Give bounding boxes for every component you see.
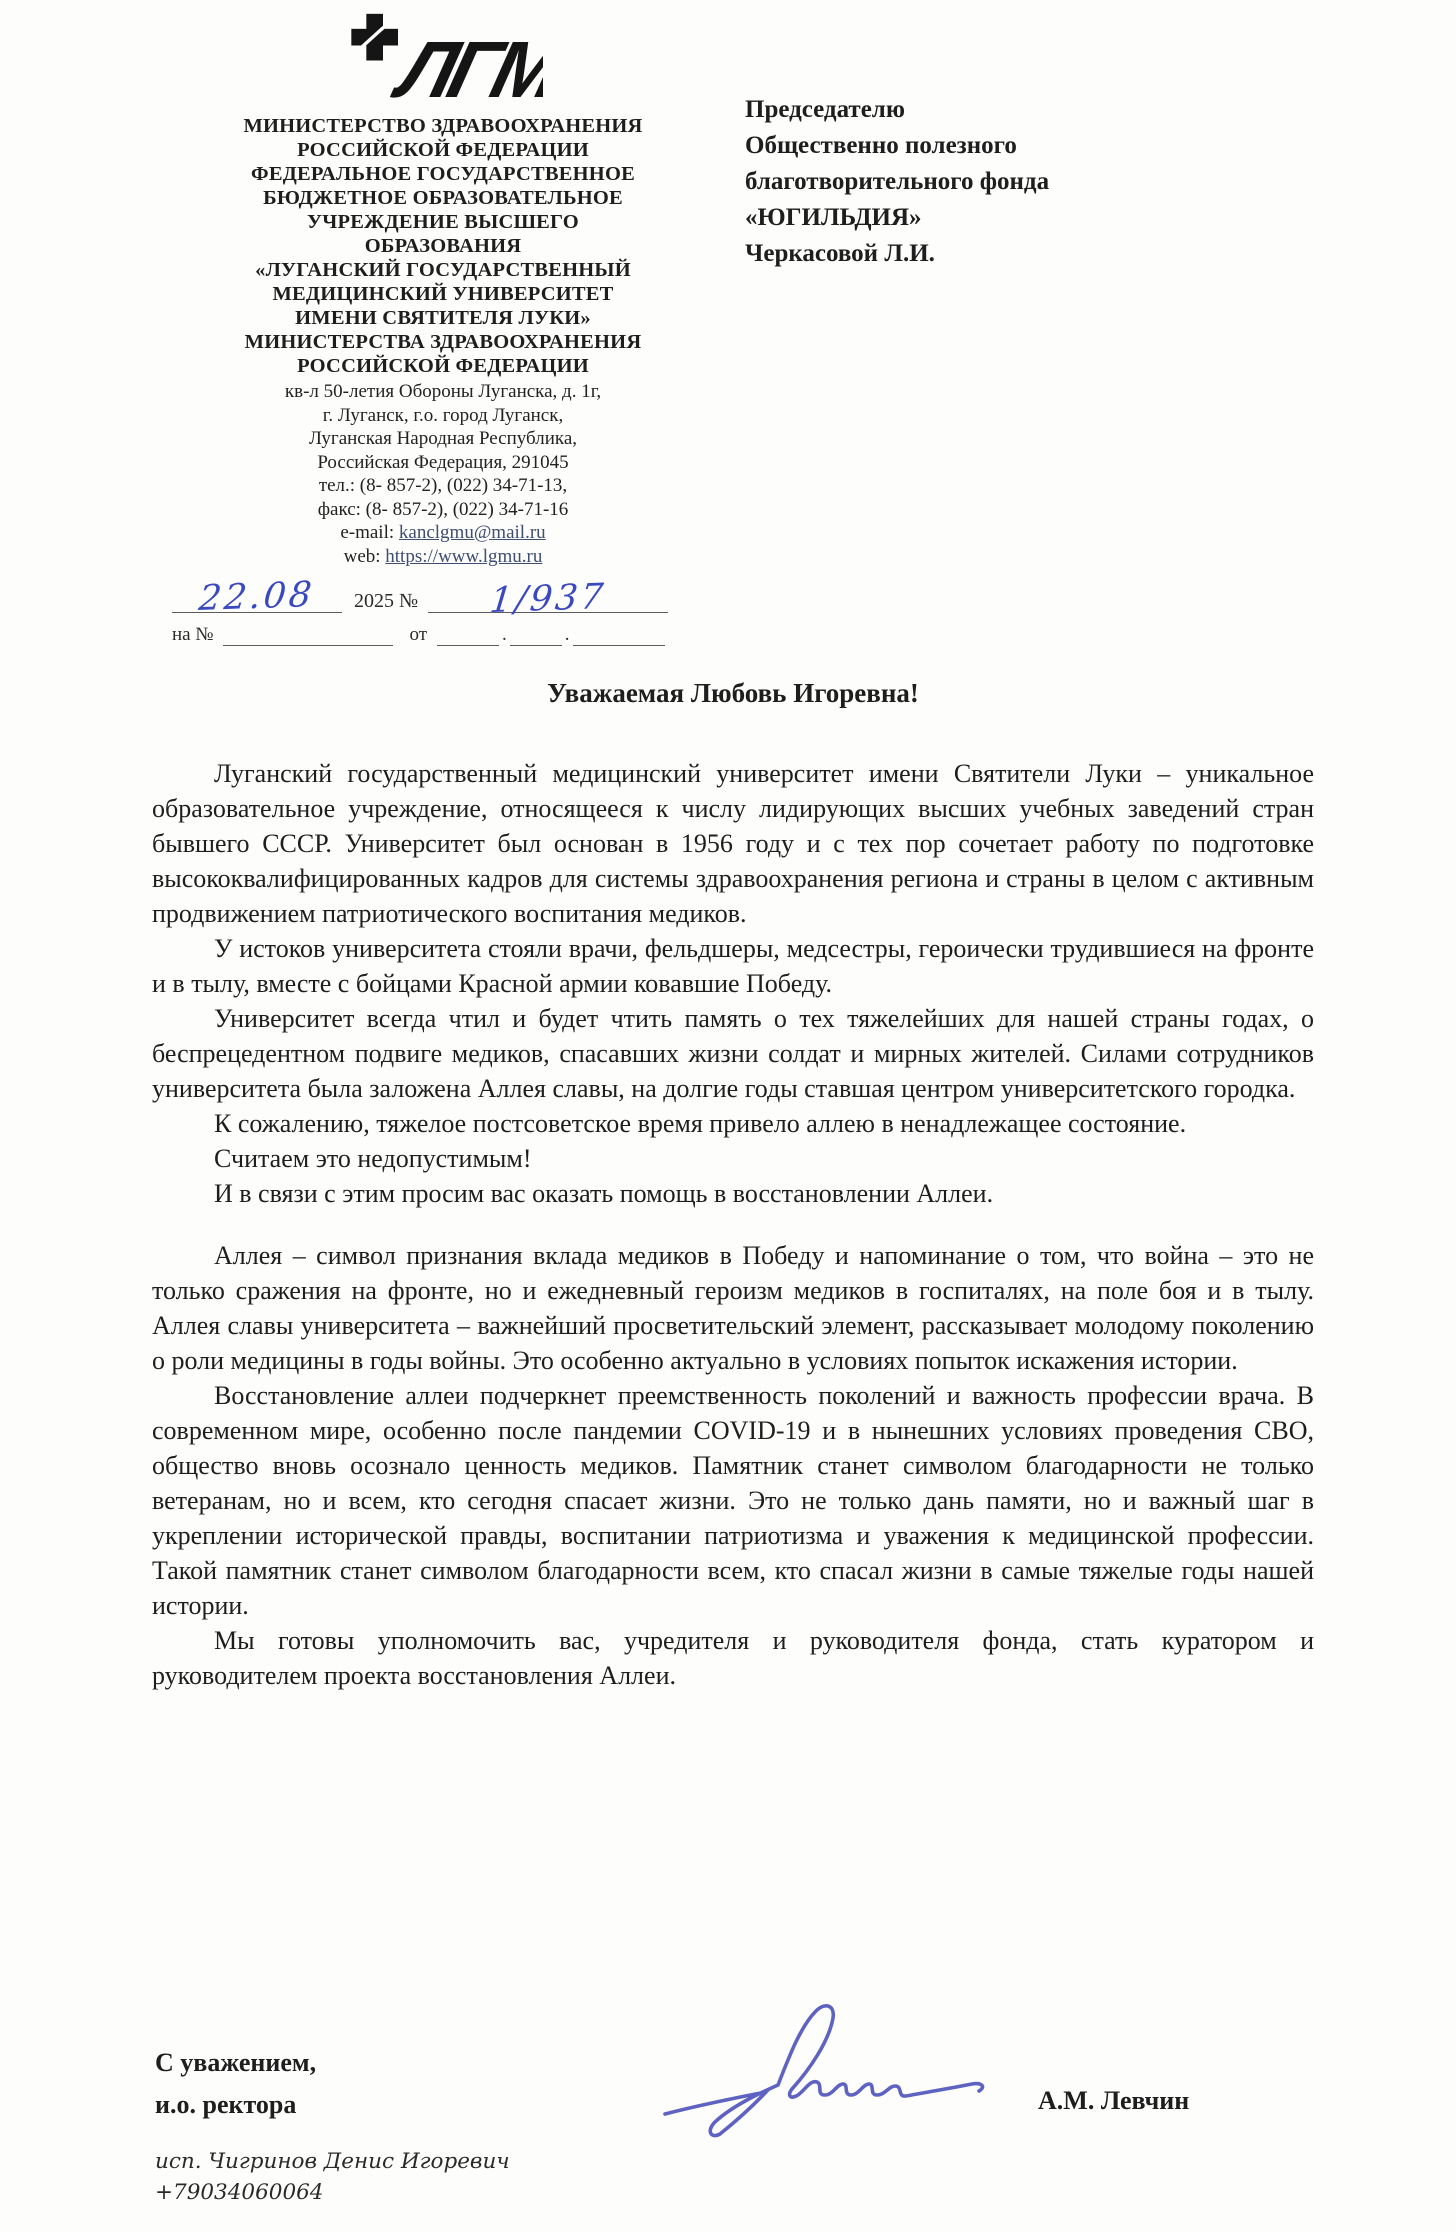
ministry-line: МИНИСТЕРСТВА ЗДРАВООХРАНЕНИЯ (168, 330, 718, 354)
recipient-line: благотворительного фонда (745, 164, 1245, 200)
body-paragraph: Мы готовы уполномочить вас, учредителя и… (152, 1623, 1314, 1693)
recipient-line: Общественно полезного (745, 128, 1245, 164)
salutation: Уважаемая Любовь Игоревна! (152, 676, 1314, 711)
logo-letters: ЛГМ (385, 25, 543, 108)
number-underline: 1/937 (428, 566, 668, 613)
executor-phone: +79034060064 (155, 2177, 510, 2208)
handwritten-date: 22.08 (197, 575, 316, 619)
date-underline: 22.08 (172, 566, 342, 613)
letter-body: Уважаемая Любовь Игоревна! Луганский гос… (152, 676, 1314, 1693)
ministry-line: УЧРЕЖДЕНИЕ ВЫСШЕГО (168, 210, 718, 234)
recipient-line: «ЮГИЛЬДИЯ» (745, 200, 1245, 236)
recipient-block: Председателю Общественно полезного благо… (745, 92, 1245, 272)
reference-row: на № от . . (172, 621, 752, 646)
date-separator: . (502, 624, 507, 646)
from-underline (437, 621, 499, 646)
web-link: https://www.lgmu.ru (385, 546, 542, 567)
address-line: Российская Федерация, 291045 (168, 451, 718, 475)
web-label: web: (344, 546, 381, 567)
fax-line: факс: (8- 857-2), (022) 34-71-16 (168, 498, 718, 522)
body-paragraph: Луганский государственный медицинский ун… (152, 756, 1314, 931)
address-line: Луганская Народная Республика, (168, 427, 718, 451)
email-link: kanclgmu@mail.ru (399, 522, 546, 543)
university-name-line: «ЛУГАНСКИЙ ГОСУДАРСТВЕННЫЙ (168, 258, 718, 282)
body-paragraph: К сожалению, тяжелое постсоветское время… (152, 1106, 1314, 1141)
web-line: web: https://www.lgmu.ru (168, 545, 718, 569)
recipient-line: Черкасовой Л.И. (745, 236, 1245, 272)
body-paragraph: У истоков университета стояли врачи, фел… (152, 931, 1314, 1001)
address-line: г. Луганск, г.о. город Луганск, (168, 404, 718, 428)
year-number-label: 2025 № (354, 590, 418, 613)
ministry-line: БЮДЖЕТНОЕ ОБРАЗОВАТЕЛЬНОЕ (168, 186, 718, 210)
email-label: e-mail: (340, 522, 394, 543)
recipient-line: Председателю (745, 92, 1245, 128)
closing-line: С уважением, (155, 2042, 316, 2084)
handwritten-doc-number: 1/937 (488, 577, 608, 621)
from-label: от (409, 624, 427, 646)
ref-label: на № (172, 624, 213, 646)
ministry-line: ОБРАЗОВАНИЯ (168, 234, 718, 258)
scanned-letter-page: ЛГМ МИНИСТЕРСТВО ЗДРАВООХРАНЕНИЯ РОССИЙС… (0, 0, 1456, 2232)
closing-line: и.о. ректора (155, 2084, 316, 2126)
date-number-block: 22.08 2025 № 1/937 на № от . . (172, 566, 752, 646)
address-line: кв-л 50-летия Обороны Луганска, д. 1г, (168, 380, 718, 404)
university-name-line: МЕДИЦИНСКИЙ УНИВЕРСИТЕТ (168, 282, 718, 306)
body-paragraph: Университет всегда чтил и будет чтить па… (152, 1001, 1314, 1106)
body-paragraph: И в связи с этим просим вас оказать помо… (152, 1176, 1314, 1211)
date-row: 22.08 2025 № 1/937 (172, 566, 752, 613)
sender-address-block: кв-л 50-летия Обороны Луганска, д. 1г, г… (168, 380, 718, 568)
body-paragraph: Аллея – символ признания вклада медиков … (152, 1238, 1314, 1378)
ref-underline (223, 621, 393, 646)
closing-block: С уважением, и.о. ректора (155, 2042, 316, 2126)
ministry-line: РОССИЙСКОЙ ФЕДЕРАЦИИ (168, 354, 718, 378)
phone-line: тел.: (8- 857-2), (022) 34-71-13, (168, 474, 718, 498)
ministry-line: МИНИСТЕРСТВО ЗДРАВООХРАНЕНИЯ (168, 114, 718, 138)
body-paragraph: Считаем это недопустимым! (152, 1141, 1314, 1176)
signatory-name: А.М. Левчин (1038, 2086, 1189, 2116)
email-line: e-mail: kanclgmu@mail.ru (168, 521, 718, 545)
signature-autograph-icon (640, 1992, 1040, 2152)
executor-name: исп. Чигринов Денис Игоревич (155, 2146, 510, 2177)
executor-block: исп. Чигринов Денис Игоревич +7903406006… (155, 2146, 510, 2208)
university-logo: ЛГМ (168, 8, 718, 110)
ministry-line: ФЕДЕРАЛЬНОЕ ГОСУДАРСТВЕННОЕ (168, 162, 718, 186)
ministry-line: РОССИЙСКОЙ ФЕДЕРАЦИИ (168, 138, 718, 162)
ministry-name-block: МИНИСТЕРСТВО ЗДРАВООХРАНЕНИЯ РОССИЙСКОЙ … (168, 114, 718, 378)
from-underline (573, 621, 665, 646)
lgmu-logo-icon: ЛГМ (343, 8, 543, 108)
body-paragraph: Восстановление аллеи подчеркнет преемств… (152, 1378, 1314, 1623)
from-underline (510, 621, 562, 646)
date-separator: . (565, 624, 570, 646)
university-name-line: ИМЕНИ СВЯТИТЕЛЯ ЛУКИ» (168, 306, 718, 330)
sender-letterhead: ЛГМ МИНИСТЕРСТВО ЗДРАВООХРАНЕНИЯ РОССИЙС… (168, 8, 718, 568)
